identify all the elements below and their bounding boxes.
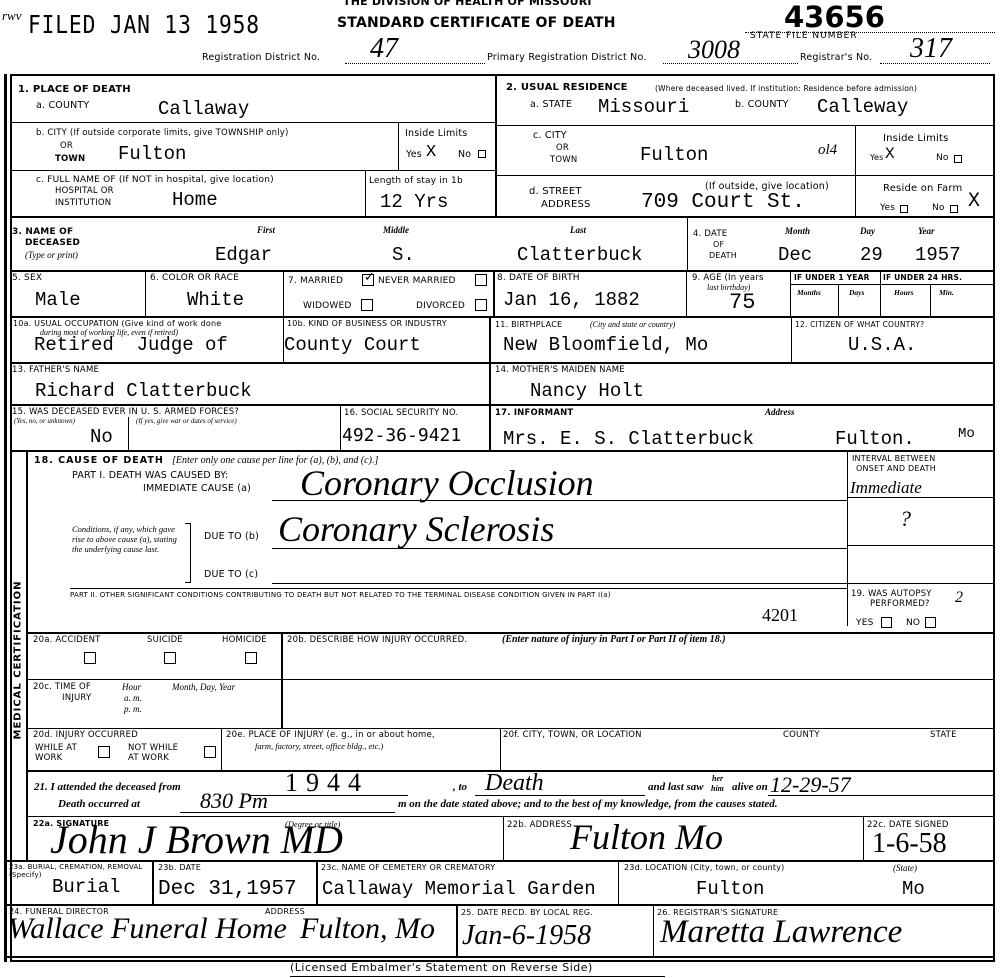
filed-mark: rwv xyxy=(2,8,22,24)
signer-address-value: Fulton Mo xyxy=(570,816,723,858)
death-occurred-label: Death occurred at xyxy=(58,799,140,811)
burial-state-value: Mo xyxy=(902,878,925,900)
last-name-value: Clatterbuck xyxy=(517,244,642,266)
autopsy-label-2: PERFORMED? xyxy=(870,600,930,609)
under-year-label: IF UNDER 1 YEAR xyxy=(794,274,870,282)
res-state-label: a. STATE xyxy=(530,100,572,110)
burial-date-value: Dec 31,1957 xyxy=(158,878,297,901)
last-saw-label: and last saw xyxy=(648,782,704,794)
farm-no-mark: X xyxy=(968,190,980,213)
res-street-label-2: ADDRESS xyxy=(541,199,591,210)
division-title: THE DIVISION OF HEALTH OF MISSOURI xyxy=(343,0,592,8)
divorced-label: DIVORCED xyxy=(416,302,465,312)
last-saw-her: her xyxy=(712,775,723,783)
death-statement: m on the date stated above; and to the b… xyxy=(398,799,777,811)
informant-state-value: Mo xyxy=(958,426,975,442)
usual-residence-label: 2. USUAL RESIDENCE xyxy=(506,82,628,93)
cemetery-label: 23c. NAME OF CEMETERY OR CREMATORY xyxy=(321,864,495,873)
while-work-label-2: WORK xyxy=(35,754,62,763)
autopsy-no-label: NO xyxy=(906,619,920,629)
middle-name-label: Middle xyxy=(383,226,409,235)
dob-value: Jan 16, 1882 xyxy=(503,289,640,311)
part1-label: PART I. DEATH WAS CAUSED BY: xyxy=(72,471,228,481)
date-of-death-label-2: OF xyxy=(713,241,724,250)
res-street-value: 709 Court St. xyxy=(641,191,805,214)
married-checkbox[interactable]: ✓ xyxy=(362,274,374,286)
state-file-number-label: STATE FILE NUMBER xyxy=(750,32,858,42)
place-injury-label: 20e. PLACE OF INJURY (e. g., in or about… xyxy=(226,731,435,740)
mother-value: Nancy Holt xyxy=(530,380,644,402)
physician-signature: John J Brown MD xyxy=(50,816,343,863)
injury-describe-label: 20b. DESCRIBE HOW INJURY OCCURRED. xyxy=(287,636,467,645)
length-of-stay-label: Length of stay in 1b xyxy=(369,177,463,187)
interval-a-value: Immediate xyxy=(850,478,922,498)
homicide-checkbox[interactable] xyxy=(245,652,257,664)
burial-location-value: Fulton xyxy=(696,878,764,900)
sex-value: Male xyxy=(35,289,81,311)
hours-label: Hours xyxy=(894,289,914,297)
date-of-death-label: 4. DATE xyxy=(693,230,727,239)
accident-label: 20a. ACCIDENT xyxy=(33,636,101,645)
armed-forces-label: 15. WAS DECEASED EVER IN U. S. ARMED FOR… xyxy=(12,408,239,417)
widowed-checkbox[interactable] xyxy=(361,299,373,311)
date-recd-value: Jan-6-1958 xyxy=(462,920,591,952)
res-inside-yes-mark: X xyxy=(885,145,895,163)
citizen-value: U.S.A. xyxy=(848,334,916,356)
month-label: Month xyxy=(785,227,810,236)
interval-b-value: ? xyxy=(900,506,911,532)
burial-location-label: 23d. LOCATION (City, town, or county) xyxy=(624,864,785,873)
death-time-value: 830 Pm xyxy=(200,788,268,814)
months-label: Months xyxy=(797,289,821,297)
burial-date-label: 23b. DATE xyxy=(158,864,201,873)
autopsy-no-checkbox[interactable] xyxy=(925,617,936,628)
due-to-c-label: DUE TO (c) xyxy=(204,570,258,580)
married-label: 7. MARRIED xyxy=(288,277,343,287)
reside-on-farm-label: Reside on Farm xyxy=(883,183,962,194)
attended-to-label: , to xyxy=(453,782,467,794)
city-town-label: TOWN xyxy=(55,155,85,164)
interval-label: INTERVAL BETWEEN xyxy=(852,455,935,464)
armed-forces-value: No xyxy=(90,426,113,448)
ssn-label: 16. SOCIAL SECURITY NO. xyxy=(344,409,458,418)
farm-yes-label: Yes xyxy=(880,204,895,214)
res-inside-no-checkbox[interactable] xyxy=(954,155,962,163)
race-value: White xyxy=(187,289,244,311)
date-recd-label: 25. DATE RECD. BY LOCAL REG. xyxy=(461,909,593,918)
while-work-checkbox[interactable] xyxy=(98,746,110,758)
due-to-b-label: DUE TO (b) xyxy=(204,532,259,542)
mother-label: 14. MOTHER'S MAIDEN NAME xyxy=(495,366,625,375)
attended-to-value: Death xyxy=(485,770,544,797)
inside-limits-yes-mark: X xyxy=(426,143,436,162)
time-injury-label: 20c. TIME OF xyxy=(33,683,91,692)
funeral-address-value: Fulton, Mo xyxy=(300,912,435,946)
occupation-value: Retired Judge of xyxy=(34,334,228,356)
am-label: a. m. xyxy=(124,694,142,703)
autopsy-mark: 2 xyxy=(955,589,963,607)
signer-address-label: 22b. ADDRESS xyxy=(507,821,572,830)
inside-limits-no-label: No xyxy=(458,150,471,160)
part2-code: 4201 xyxy=(762,605,798,626)
certificate-title: STANDARD CERTIFICATE OF DEATH xyxy=(337,16,616,31)
cemetery-value: Callaway Memorial Garden xyxy=(322,878,596,900)
suicide-label: SUICIDE xyxy=(147,636,183,645)
birthplace-note: (City and state or country) xyxy=(590,321,675,329)
res-city-town: TOWN xyxy=(550,156,577,165)
res-state-value: Missouri xyxy=(598,96,689,118)
autopsy-label: 19. WAS AUTOPSY xyxy=(851,590,932,599)
due-to-b-value: Coronary Sclerosis xyxy=(278,508,554,550)
county-label: a. COUNTY xyxy=(36,101,89,111)
immediate-cause-label: IMMEDIATE CAUSE (a) xyxy=(143,484,251,494)
last-saw-date-value: 12-29-57 xyxy=(770,772,851,798)
injury-state-label: STATE xyxy=(930,731,957,740)
death-day-value: 29 xyxy=(860,244,883,266)
mdy-label: Month, Day, Year xyxy=(172,683,235,692)
day-label: Day xyxy=(860,227,875,236)
married-check-mark: ✓ xyxy=(364,270,375,285)
business-label: 10b. KIND OF BUSINESS OR INDUSTRY xyxy=(287,320,447,329)
first-name-value: Edgar xyxy=(215,244,272,266)
dob-label: 8. DATE OF BIRTH xyxy=(497,274,580,284)
hour-label: Hour xyxy=(122,683,141,692)
attended-label: 21. I attended the deceased from xyxy=(34,782,181,794)
accident-checkbox[interactable] xyxy=(84,652,96,664)
autopsy-yes-checkbox[interactable] xyxy=(881,617,892,628)
min-label: Min. xyxy=(939,289,954,297)
attended-from-value: 1944 xyxy=(285,768,369,798)
informant-value: Mrs. E. S. Clatterbuck xyxy=(503,428,754,450)
suicide-checkbox[interactable] xyxy=(164,652,176,664)
while-work-label: WHILE AT xyxy=(35,744,77,753)
injury-occurred-label: 20d. INJURY OCCURRED xyxy=(33,731,138,740)
usual-residence-note: (Where deceased lived. If institution: R… xyxy=(655,84,955,94)
armed-forces-note: (Yes, no, or unknown) xyxy=(14,418,75,425)
city-label: b. CITY (If outside corporate limits, gi… xyxy=(36,129,289,138)
pm-label: p. m. xyxy=(124,705,142,714)
registrar-signature: Maretta Lawrence xyxy=(660,914,902,951)
res-county-value: Calleway xyxy=(817,96,908,118)
race-label: 6. COLOR OR RACE xyxy=(150,274,239,284)
primary-district-value: 3008 xyxy=(688,35,740,65)
autopsy-yes-label: YES xyxy=(856,619,874,629)
res-inside-limits-label: Inside Limits xyxy=(883,133,949,144)
never-married-checkbox[interactable] xyxy=(475,274,487,286)
last-name-label: Last xyxy=(570,226,586,235)
burial-value: Burial xyxy=(52,876,120,898)
footer-note: (Licensed Embalmer's Statement on Revers… xyxy=(290,962,593,974)
registrars-no-value: 317 xyxy=(910,33,952,65)
father-value: Richard Clatterbuck xyxy=(35,380,252,402)
armed-forces-note-2: (If yes, give war or dates of service) xyxy=(136,418,237,425)
place-of-death-label: 1. PLACE OF DEATH xyxy=(18,84,131,95)
age-value: 75 xyxy=(729,290,755,315)
name-label: 3. NAME OF xyxy=(12,228,73,238)
birthplace-value: New Bloomfield, Mo xyxy=(503,334,708,356)
funeral-director-value: Wallace Funeral Home xyxy=(8,912,287,946)
res-street-label: d. STREET xyxy=(529,186,582,197)
part2-label: PART II. OTHER SIGNIFICANT CONDITIONS CO… xyxy=(70,592,611,600)
cause-of-death-label: 18. CAUSE OF DEATH xyxy=(34,456,164,466)
city-or-label: OR xyxy=(60,142,73,151)
hospital-label: c. FULL NAME OF (If NOT in hospital, giv… xyxy=(36,176,274,186)
informant-label: 17. INFORMANT xyxy=(495,409,573,418)
injury-county-label: COUNTY xyxy=(783,731,820,740)
date-signed-value: 1-6-58 xyxy=(872,828,947,860)
interval-label-2: ONSET AND DEATH xyxy=(856,465,936,474)
not-while-work-checkbox[interactable] xyxy=(204,746,216,758)
res-inside-yes: Yes xyxy=(870,154,884,163)
name-label-3: (Type or print) xyxy=(25,251,78,260)
death-month-value: Dec xyxy=(778,244,812,266)
year-label: Year xyxy=(918,227,935,236)
days-label: Days xyxy=(849,289,864,297)
res-city-annotation: ol4 xyxy=(818,142,837,159)
length-of-stay-value: 12 Yrs xyxy=(380,191,448,213)
registrars-no-label: Registrar's No. xyxy=(800,53,872,63)
inside-limits-yes-label: Yes xyxy=(406,150,422,160)
father-label: 13. FATHER'S NAME xyxy=(12,366,99,375)
under-24-label: IF UNDER 24 HRS. xyxy=(883,274,962,282)
res-city-label: c. CITY xyxy=(533,131,567,141)
last-saw-him: him xyxy=(711,785,724,793)
farm-no-label: No xyxy=(932,204,945,214)
place-injury-label-2: farm, factory, street, office bldg., etc… xyxy=(255,742,383,751)
alive-on-label: alive on xyxy=(732,782,768,794)
registration-district-label: Registration District No. xyxy=(202,53,320,63)
middle-name-value: S. xyxy=(392,244,415,266)
filed-stamp: FILED JAN 13 1958 xyxy=(28,10,260,39)
farm-yes-checkbox[interactable] xyxy=(900,205,908,213)
informant-address-label: Address xyxy=(765,408,795,417)
homicide-label: HOMICIDE xyxy=(222,636,267,645)
injury-describe-note: (Enter nature of injury in Part I or Par… xyxy=(502,635,726,646)
time-injury-label-2: INJURY xyxy=(62,694,91,703)
injury-city-label: 20f. CITY, TOWN, OR LOCATION xyxy=(503,731,642,740)
inside-limits-no-checkbox[interactable] xyxy=(478,150,486,158)
informant-address-value: Fulton. xyxy=(835,428,915,450)
conditions-note: Conditions, if any, which gave rise to a… xyxy=(72,525,187,554)
not-while-work-label-2: AT WORK xyxy=(128,754,169,763)
not-while-work-label: NOT WHILE xyxy=(128,744,178,753)
res-city-or: OR xyxy=(556,144,569,153)
state-file-number: 43656 xyxy=(784,0,885,34)
birthplace-label: 11. BIRTHPLACE xyxy=(495,321,562,330)
res-county-label: b. COUNTY xyxy=(735,100,789,110)
ssn-value: 492-36-9421 xyxy=(342,425,461,446)
registration-district-value: 47 xyxy=(370,33,398,65)
divorced-checkbox[interactable] xyxy=(475,299,487,311)
hospital-value: Home xyxy=(172,189,218,211)
death-year-value: 1957 xyxy=(915,244,961,266)
widowed-label: WIDOWED xyxy=(303,302,351,312)
business-value: County Court xyxy=(284,334,421,356)
hospital-label-2: HOSPITAL OR xyxy=(55,187,114,196)
inside-limits-label: Inside Limits xyxy=(405,129,467,139)
never-married-label: NEVER MARRIED xyxy=(378,277,456,287)
immediate-cause-value: Coronary Occlusion xyxy=(300,462,594,504)
death-city-value: Fulton xyxy=(118,143,186,165)
age-label: 9. AGE (In years xyxy=(692,274,764,283)
name-label-2: DECEASED xyxy=(25,239,80,249)
citizen-label: 12. CITIZEN OF WHAT COUNTRY? xyxy=(795,321,924,329)
medical-certification-label: MEDICAL CERTIFICATION xyxy=(13,581,24,740)
death-county-value: Callaway xyxy=(158,98,249,120)
hospital-label-3: INSTITUTION xyxy=(55,199,111,208)
res-inside-no: No xyxy=(936,154,949,164)
burial-state-label: (State) xyxy=(893,864,917,873)
farm-no-checkbox[interactable] xyxy=(950,205,958,213)
sex-label: 5. SEX xyxy=(12,274,42,284)
res-city-value: Fulton xyxy=(640,144,708,166)
first-name-label: First xyxy=(257,226,275,235)
primary-district-label: Primary Registration District No. xyxy=(487,53,647,63)
date-of-death-label-3: DEATH xyxy=(709,252,737,261)
